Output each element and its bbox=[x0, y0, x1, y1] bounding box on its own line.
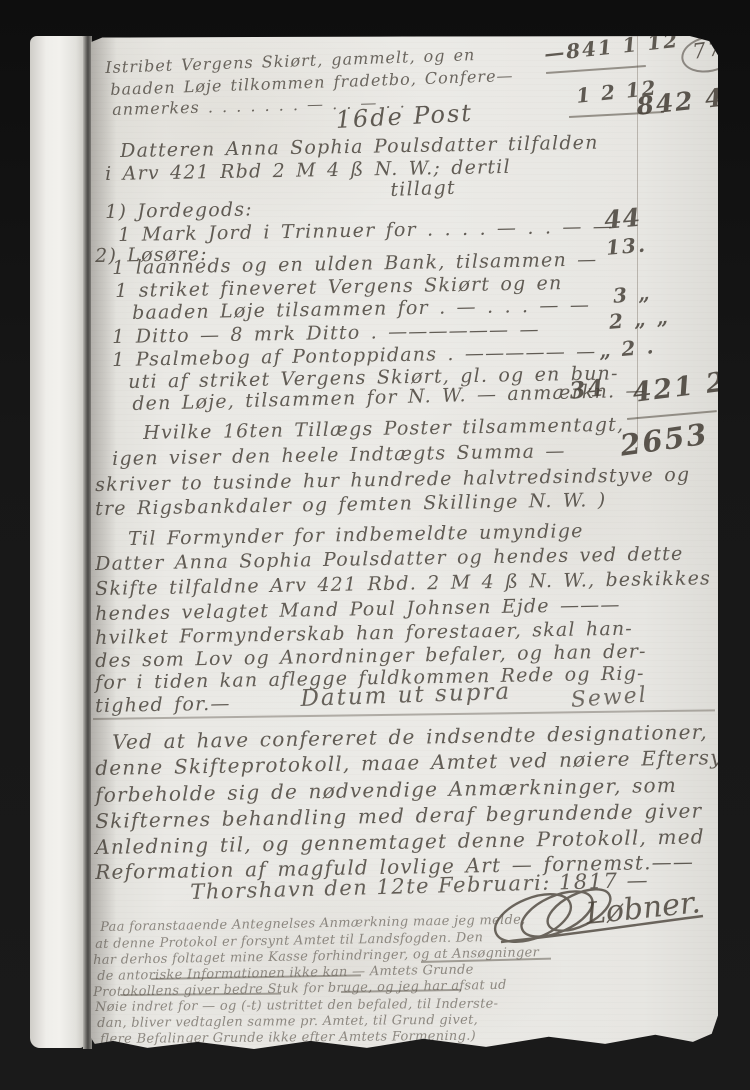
page-left-edge bbox=[30, 36, 84, 1048]
amount-losore-4: „ 2 . bbox=[598, 334, 656, 363]
amount-losore-2: 3 „ bbox=[612, 281, 652, 308]
manuscript-line: Datteren Anna Sophia Poulsdatter tilfald… bbox=[120, 132, 599, 162]
microfilm-scan: 77. Istribet Vergens Skiørt, gammelt, og… bbox=[0, 0, 750, 1090]
amount-losore-3: 2 „ „ bbox=[608, 305, 671, 334]
post-heading: 16de Post bbox=[335, 99, 474, 134]
manuscript-page: 77. Istribet Vergens Skiørt, gammelt, og… bbox=[91, 36, 718, 1052]
marginal-note-line: flere Befalinger Grunde ikke efter Amtet… bbox=[100, 1029, 476, 1047]
amount-losore-1: 13. bbox=[605, 232, 648, 259]
clerk-signature: Sewel bbox=[570, 683, 649, 713]
post-total: 421 2 4 bbox=[631, 363, 750, 409]
amount-underline bbox=[546, 65, 646, 73]
signature-loebner: Løbner. bbox=[583, 885, 702, 932]
amount-carryover-1: —841 1 12 bbox=[543, 28, 680, 66]
manuscript-line: igen viser den heele Indtægts Summa — bbox=[112, 440, 566, 470]
manuscript-line: 1) Jordegods: bbox=[105, 198, 253, 223]
manuscript-line: tillagt bbox=[390, 177, 456, 201]
binding-crease bbox=[83, 36, 92, 1049]
spine-shadow bbox=[91, 36, 117, 1052]
amount-sum-marks: 34 bbox=[568, 374, 607, 405]
page-number-flourish bbox=[678, 31, 740, 78]
amount-jordegods: 44 bbox=[603, 203, 642, 235]
